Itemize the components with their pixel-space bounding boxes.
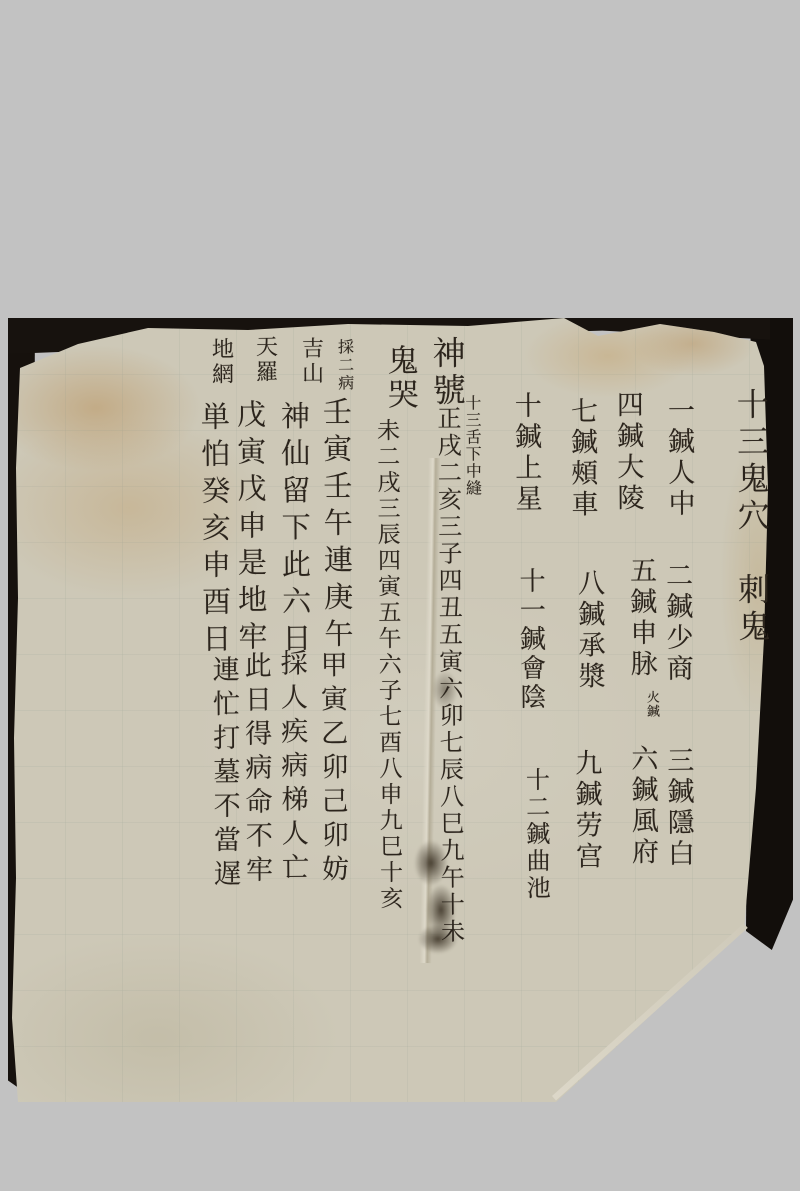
heading-diwang: 地網 <box>205 337 236 387</box>
point-column-8: 八鍼承漿 <box>569 569 609 693</box>
point-column-11: 十一鍼會陰 <box>512 567 550 712</box>
point-column-7: 七鍼頰車 <box>562 397 602 521</box>
heading-caibing: 採二病 <box>333 338 356 392</box>
heading-tianluo: 天羅 <box>249 335 280 385</box>
verse-lower-2: 採人疾病梯人亡 <box>272 649 313 887</box>
shenhao-list: 正戌二亥三子四丑五寅六卯七辰八巳九午十未 <box>430 406 469 946</box>
verse-upper-4: 単怕癸亥申酉日 <box>194 401 237 660</box>
point-column-4: 四鍼大陵 <box>608 390 648 514</box>
manuscript-photo: 十三鬼穴 刺鬼 一鍼人中 二鍼少商 三鍼隱白 四鍼大陵 五鍼申脉 火鍼 六鍼風府… <box>8 318 793 1108</box>
screenshot-canvas: 十三鬼穴 刺鬼 一鍼人中 二鍼少商 三鍼隱白 四鍼大陵 五鍼申脉 火鍼 六鍼風府… <box>0 0 800 1191</box>
fire-needle-annotation: 火鍼 <box>642 690 661 718</box>
point-column-3: 三鍼隱白 <box>658 746 698 870</box>
guiku-header: 鬼哭 <box>377 344 422 412</box>
calligraphy-layer: 十三鬼穴 刺鬼 一鍼人中 二鍼少商 三鍼隱白 四鍼大陵 五鍼申脉 火鍼 六鍼風府… <box>8 318 793 1108</box>
point-column-12: 十二鍼曲池 <box>518 767 554 902</box>
point-column-10: 十鍼上星 <box>506 391 546 515</box>
shenhao-header: 神號 <box>423 336 471 410</box>
point-column-6: 六鍼風府 <box>622 744 662 868</box>
verse-upper-2: 神仙留下此六日 <box>274 401 317 660</box>
heading-jishan: 吉山 <box>295 337 326 387</box>
point-column-1: 一鍼人中 <box>659 396 699 520</box>
guiku-list: 未二戌三辰四寅五午六子七酉八申九巳十亥 <box>370 418 406 912</box>
verse-lower-1: 甲寅乙卯己卯妨 <box>312 650 353 888</box>
verse-lower-4: 連忙打墓不當遅 <box>204 655 245 893</box>
point-column-9: 九鍼劳宫 <box>566 749 606 873</box>
point-column-5: 五鍼申脉 <box>621 556 661 680</box>
title-column: 十三鬼穴 刺鬼 <box>728 387 776 646</box>
verse-upper-1: 壬寅壬午連庚午 <box>316 396 359 655</box>
point-column-2: 二鍼少商 <box>657 561 697 685</box>
